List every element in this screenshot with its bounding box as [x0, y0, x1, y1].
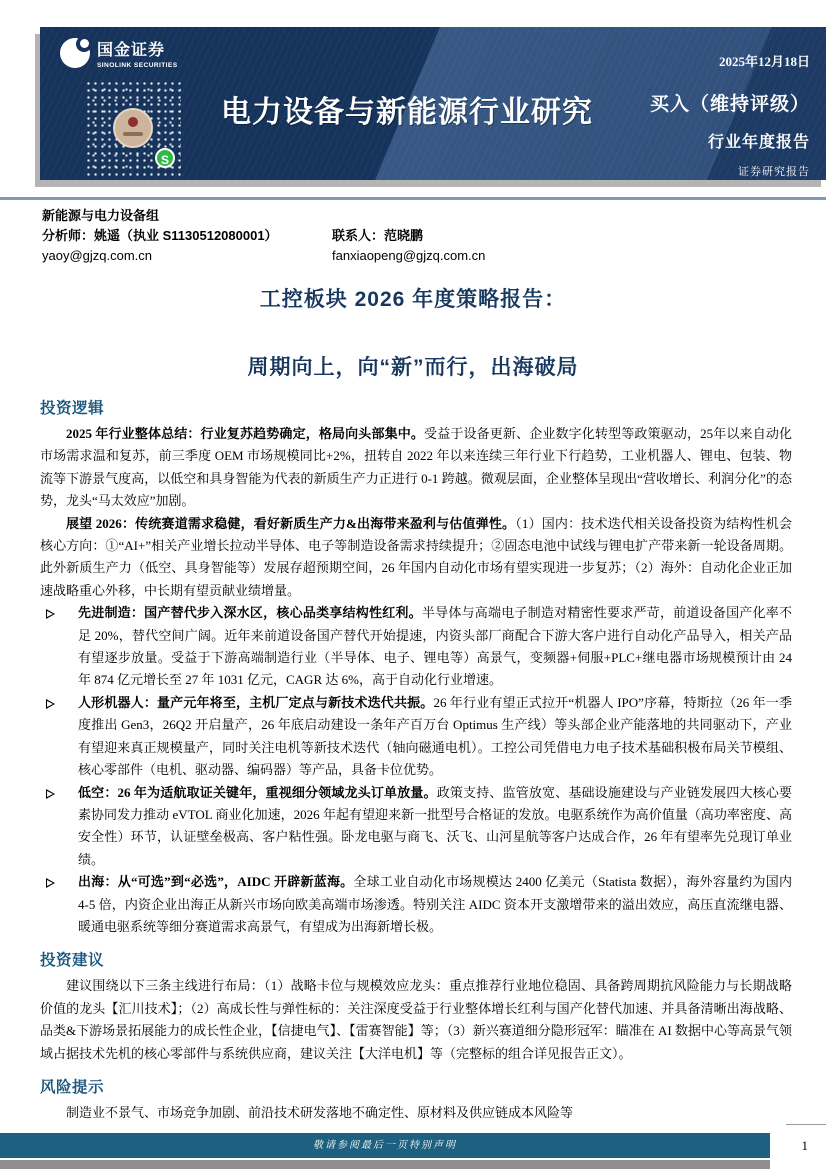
rating-label: 买入（维持评级）: [650, 89, 810, 116]
main-title-line1: 工控板块 2026 年度策略报告：: [0, 283, 826, 313]
contact-email: fanxiaopeng@gjzq.com.cn: [332, 246, 485, 266]
qr-center-badge: [113, 108, 153, 148]
risk-paragraph: 制造业不景气、市场竞争加剧、前沿技术研发落地不确定性、原材料及供应链成本风险等: [40, 1102, 792, 1124]
rating-block: 买入（维持评级） 行业年度报告 证券研究报告: [650, 89, 810, 179]
section-heading-risk: 风险提示: [40, 1075, 792, 1097]
report-date: 2025年12月18日: [719, 51, 810, 70]
logic-paragraph: 展望 2026：传统赛道需求稳健，看好新质生产力&出海带来盈利与估值弹性。（1）…: [40, 513, 792, 603]
contact-line: 联系人：范晓鹏: [332, 226, 423, 246]
report-page: 国金证券 SINOLINK SECURITIES 2025年12月18日 S 电…: [0, 0, 826, 1169]
analyst-block: 新能源与电力设备组 分析师：姚遥（执业 S1130512080001） 联系人：…: [42, 206, 762, 266]
page-number-rule: [786, 1124, 826, 1125]
bullet-arrow-icon: [40, 871, 78, 938]
main-title-line2: 周期向上，向“新”而行，出海破局: [0, 351, 826, 381]
section-heading-investment-logic: 投资逻辑: [40, 396, 792, 418]
logo-name-en: SINOLINK SECURITIES: [97, 62, 178, 69]
sinolink-logo-icon: [60, 38, 90, 68]
header-separator-rule: [0, 197, 826, 200]
report-category-label: 证券研究报告: [650, 163, 810, 179]
logic-bullet: 先进制造：国产替代步入深水区，核心品类享结构性红利。半导体与高端电子制造对精密性…: [40, 602, 792, 692]
logo-name-cn: 国金证券: [97, 37, 178, 60]
analyst-email: yaoy@gjzq.com.cn: [42, 246, 332, 266]
report-type-label: 行业年度报告: [650, 129, 810, 152]
team-name: 新能源与电力设备组: [42, 206, 762, 226]
sinolink-logo-text: 国金证券 SINOLINK SECURITIES: [97, 37, 178, 69]
logic-paragraph: 2025 年行业整体总结：行业复苏趋势确定，格局向头部集中。受益于设备更新、企业…: [40, 423, 792, 513]
logic-bullet: 人形机器人：量产元年将至，主机厂定点与新技术迭代共振。26 年行业有望正式拉开“…: [40, 692, 792, 782]
qr-code: S: [85, 80, 181, 176]
report-header: 国金证券 SINOLINK SECURITIES 2025年12月18日 S 电…: [40, 27, 826, 180]
sinolink-logo: 国金证券 SINOLINK SECURITIES: [60, 37, 178, 69]
report-series-title: 电力设备与新能源行业研究: [220, 87, 594, 131]
bottom-strip: [0, 1160, 770, 1169]
wechat-s-icon: S: [155, 148, 175, 168]
bullet-arrow-icon: [40, 782, 78, 872]
analyst-line: 分析师：姚遥（执业 S1130512080001）: [42, 226, 332, 246]
page-number: 1: [802, 1138, 809, 1154]
advice-paragraph: 建议围绕以下三条主线进行布局：（1）战略卡位与规模效应龙头：重点推荐行业地位稳固…: [40, 975, 792, 1065]
footer-disclaimer-bar: 敬请参阅最后一页特别声明: [0, 1133, 770, 1158]
section-heading-investment-advice: 投资建议: [40, 948, 792, 970]
logic-bullet: 低空：26 年为适航取证关键年，重视细分领域龙头订单放量。政策支持、监管放宽、基…: [40, 782, 792, 872]
report-main-title: 工控板块 2026 年度策略报告： 周期向上，向“新”而行，出海破局: [0, 283, 826, 381]
report-body: 投资逻辑 2025 年行业整体总结：行业复苏趋势确定，格局向头部集中。受益于设备…: [40, 392, 792, 1124]
bullet-arrow-icon: [40, 692, 78, 782]
logic-bullet: 出海：从“可选”到“必选”，AIDC 开辟新蓝海。全球工业自动化市场规模达 24…: [40, 871, 792, 938]
footer-disclaimer-text: 敬请参阅最后一页特别声明: [313, 1140, 457, 1151]
bullet-arrow-icon: [40, 602, 78, 692]
